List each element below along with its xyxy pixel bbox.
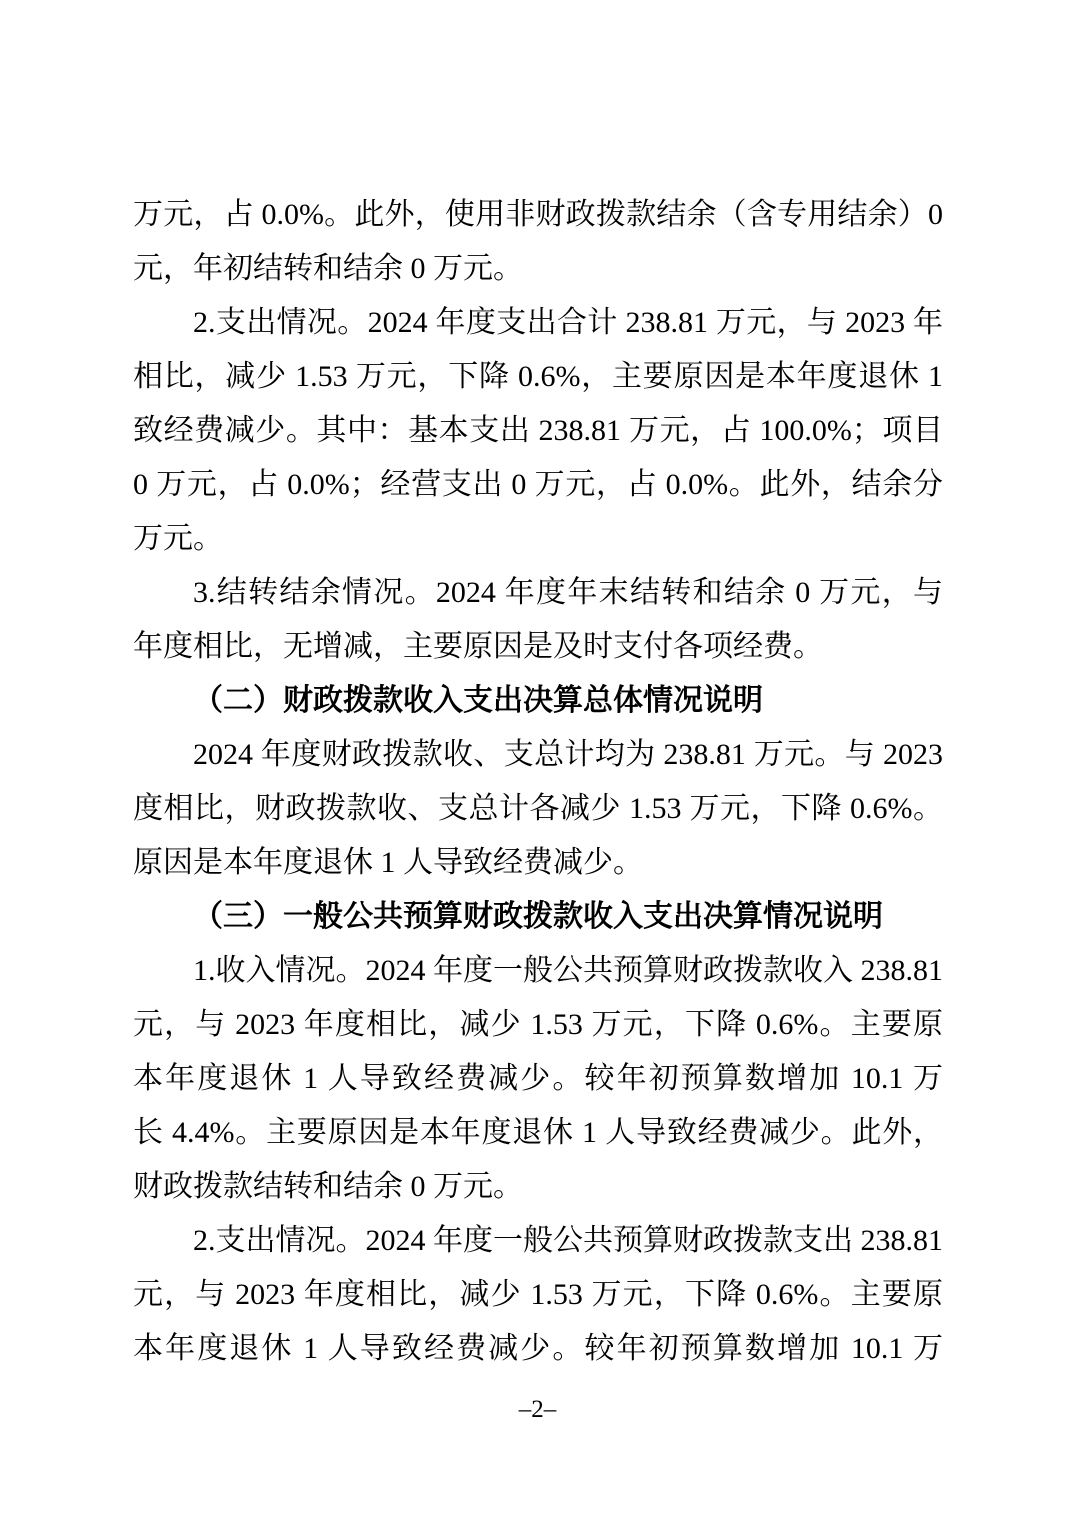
text-line: 长 4.4%。主要原因是本年度退休 1 人导致经费减少。此外，年初 <box>133 1106 943 1160</box>
text-line: 年度相比，无增减，主要原因是及时支付各项经费。 <box>133 620 943 674</box>
text-line: 原因是本年度退休 1 人导致经费减少。 <box>133 836 943 890</box>
text-line: 元，年初结转和结余 0 万元。 <box>133 242 943 296</box>
text-line: 度相比，财政拨款收、支总计各减少 1.53 万元，下降 0.6%。主要 <box>133 782 943 836</box>
text-line: 致经费减少。其中：基本支出 238.81 万元，占 100.0%；项目支出 <box>133 404 943 458</box>
text-line: 本年度退休 1 人导致经费减少。较年初预算数增加 10.1 万元，增 <box>133 1322 943 1376</box>
text-line: 3.结转结余情况。2024 年度年末结转和结余 0 万元，与 2023 <box>133 566 943 620</box>
heading-line: （二）财政拨款收入支出决算总体情况说明 <box>133 674 943 728</box>
text-line: 1.收入情况。2024 年度一般公共预算财政拨款收入 238.81 万 <box>133 944 943 998</box>
text-line: 0 万元，占 0.0%；经营支出 0 万元，占 0.0%。此外，结余分配 0 <box>133 458 943 512</box>
page-number: –2– <box>0 1395 1075 1425</box>
text-line: 2.支出情况。2024 年度支出合计 238.81 万元，与 2023 年度 <box>133 296 943 350</box>
text-line: 万元。 <box>133 512 943 566</box>
text-line: 2024 年度财政拨款收、支总计均为 238.81 万元。与 2023 年 <box>133 728 943 782</box>
document-page: 万元，占 0.0%。此外，使用非财政拨款结余（含专用结余）0 万元，年初结转和结… <box>0 0 1075 1520</box>
heading-line: （三）一般公共预算财政拨款收入支出决算情况说明 <box>133 890 943 944</box>
text-line: 元，与 2023 年度相比，减少 1.53 万元，下降 0.6%。主要原因是 <box>133 1268 943 1322</box>
text-line: 万元，占 0.0%。此外，使用非财政拨款结余（含专用结余）0 万 <box>133 188 943 242</box>
text-line: 相比，减少 1.53 万元，下降 0.6%，主要原因是本年度退休 1 人导 <box>133 350 943 404</box>
document-body: 万元，占 0.0%。此外，使用非财政拨款结余（含专用结余）0 万元，年初结转和结… <box>133 188 943 1376</box>
text-line: 2.支出情况。2024 年度一般公共预算财政拨款支出 238.81 万 <box>133 1214 943 1268</box>
text-line: 元，与 2023 年度相比，减少 1.53 万元，下降 0.6%。主要原因是 <box>133 998 943 1052</box>
text-line: 财政拨款结转和结余 0 万元。 <box>133 1160 943 1214</box>
text-line: 本年度退休 1 人导致经费减少。较年初预算数增加 10.1 万元，增 <box>133 1052 943 1106</box>
